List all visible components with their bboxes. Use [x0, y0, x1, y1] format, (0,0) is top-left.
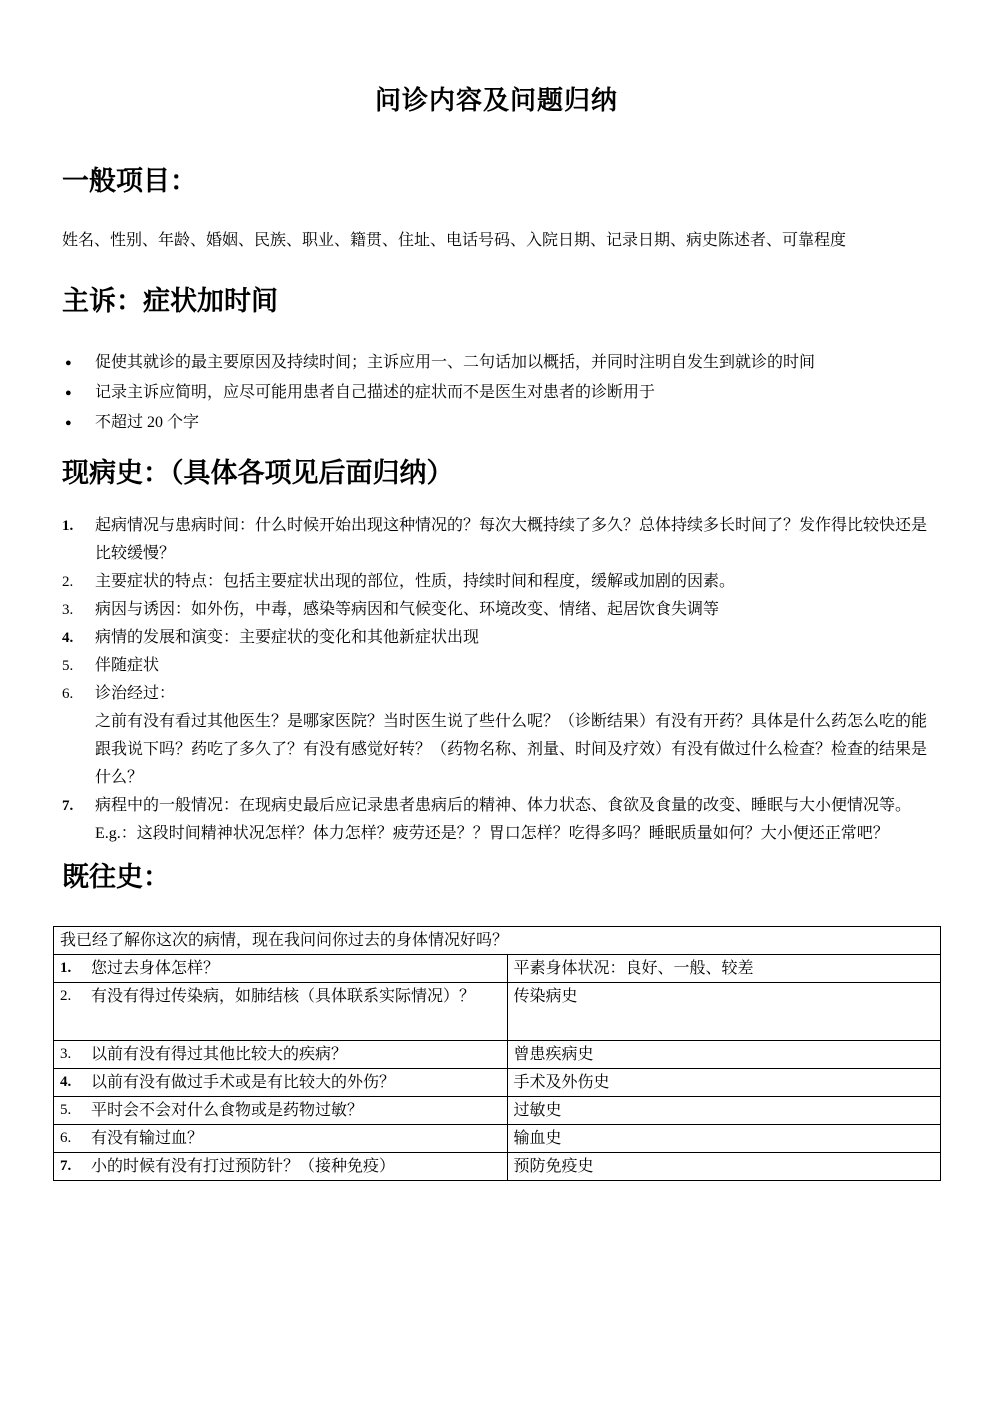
- bullet-item: ● 不超过 20 个字: [62, 408, 931, 438]
- row-number: 5.: [60, 1098, 91, 1123]
- bullet-text: 记录主诉应简明，应尽可能用患者自己描述的症状而不是医生对患者的诊断用于: [95, 378, 931, 408]
- item-number: 1.: [62, 512, 95, 568]
- bullet-icon: ●: [62, 378, 95, 408]
- row-number: 1.: [60, 956, 91, 981]
- question-cell: 您过去身体怎样？: [91, 956, 501, 981]
- general-items-text: 姓名、性别、年龄、婚姻、民族、职业、籍贯、住址、电话号码、入院日期、记录日期、病…: [62, 230, 931, 252]
- bullet-text: 不超过 20 个字: [95, 408, 931, 438]
- item-number: 6.: [62, 680, 95, 792]
- category-cell: 手术及外伤史: [507, 1069, 940, 1097]
- item-continuation: 之前有没有看过其他医生？是哪家医院？当时医生说了些什么呢？（诊断结果）有没有开药…: [95, 708, 931, 792]
- item-text: 诊治经过： 之前有没有看过其他医生？是哪家医院？当时医生说了些什么呢？（诊断结果…: [95, 680, 931, 792]
- question-cell: 平时会不会对什么食物或是药物过敏？: [91, 1098, 501, 1123]
- table-row: 5. 平时会不会对什么食物或是药物过敏？ 过敏史: [54, 1097, 941, 1125]
- category-cell: 输血史: [507, 1125, 940, 1153]
- section-heading-present-illness: 现病史：（具体各项见后面归纳）: [62, 456, 931, 490]
- question-cell: 有没有输过血？: [91, 1126, 501, 1151]
- table-row: 1. 您过去身体怎样？ 平素身体状况：良好、一般、较差: [54, 955, 941, 983]
- numbered-item: 5. 伴随症状: [62, 652, 931, 680]
- item-text: 病情的发展和演变：主要症状的变化和其他新症状出现: [95, 624, 931, 652]
- item-number: 3.: [62, 596, 95, 624]
- bullet-text: 促使其就诊的最主要原因及持续时间；主诉应用一、二句话加以概括，并同时注明自发生到…: [95, 348, 931, 378]
- table-row: 4. 以前有没有做过手术或是有比较大的外伤？ 手术及外伤史: [54, 1069, 941, 1097]
- item-number: 4.: [62, 624, 95, 652]
- row-number: 4.: [60, 1070, 91, 1095]
- numbered-item: 2. 主要症状的特点：包括主要症状出现的部位，性质，持续时间和程度，缓解或加剧的…: [62, 568, 931, 596]
- document-page: 问诊内容及问题归纳 一般项目： 姓名、性别、年龄、婚姻、民族、职业、籍贯、住址、…: [0, 84, 993, 1181]
- item-number: 5.: [62, 652, 95, 680]
- category-cell: 平素身体状况：良好、一般、较差: [507, 955, 940, 983]
- chief-complaint-bullet-list: ● 促使其就诊的最主要原因及持续时间；主诉应用一、二句话加以概括，并同时注明自发…: [62, 348, 931, 438]
- item-text: 伴随症状: [95, 652, 931, 680]
- item-number: 7.: [62, 792, 95, 848]
- item-text: 主要症状的特点：包括主要症状出现的部位，性质，持续时间和程度，缓解或加剧的因素。: [95, 568, 931, 596]
- item-text: 病程中的一般情况：在现病史最后应记录患者患病后的精神、体力状态、食欲及食量的改变…: [95, 792, 931, 848]
- category-cell: 传染病史: [507, 983, 940, 1041]
- table-row: 2. 有没有得过传染病，如肺结核（具体联系实际情况）？ 传染病史: [54, 983, 941, 1041]
- section-heading-past-history: 既往史：: [62, 860, 931, 894]
- item-number: 2.: [62, 568, 95, 596]
- numbered-item: 6. 诊治经过： 之前有没有看过其他医生？是哪家医院？当时医生说了些什么呢？（诊…: [62, 680, 931, 792]
- row-number: 2.: [60, 984, 91, 1009]
- bullet-icon: ●: [62, 348, 95, 378]
- bullet-item: ● 促使其就诊的最主要原因及持续时间；主诉应用一、二句话加以概括，并同时注明自发…: [62, 348, 931, 378]
- item-text-lead: 诊治经过：: [95, 680, 931, 708]
- present-illness-numbered-list: 1. 起病情况与患病时间：什么时候开始出现这种情况的？每次大概持续了多久？总体持…: [62, 512, 931, 848]
- row-number: 3.: [60, 1042, 91, 1067]
- table-row: 7. 小的时候有没有打过预防针？（接种免疫） 预防免疫史: [54, 1153, 941, 1181]
- numbered-item: 3. 病因与诱因：如外伤，中毒，感染等病因和气候变化、环境改变、情绪、起居饮食失…: [62, 596, 931, 624]
- numbered-item: 4. 病情的发展和演变：主要症状的变化和其他新症状出现: [62, 624, 931, 652]
- row-number: 7.: [60, 1154, 91, 1179]
- bullet-item: ● 记录主诉应简明，应尽可能用患者自己描述的症状而不是医生对患者的诊断用于: [62, 378, 931, 408]
- category-cell: 预防免疫史: [507, 1153, 940, 1181]
- section-heading-general: 一般项目：: [62, 164, 931, 198]
- question-cell: 有没有得过传染病，如肺结核（具体联系实际情况）？: [91, 984, 501, 1009]
- table-row: 6. 有没有输过血？ 输血史: [54, 1125, 941, 1153]
- item-text: 起病情况与患病时间：什么时候开始出现这种情况的？每次大概持续了多久？总体持续多长…: [95, 512, 931, 568]
- row-number: 6.: [60, 1126, 91, 1151]
- category-cell: 过敏史: [507, 1097, 940, 1125]
- category-cell: 曾患疾病史: [507, 1041, 940, 1069]
- past-history-table: 我已经了解你这次的病情，现在我问问你过去的身体情况好吗？ 1. 您过去身体怎样？…: [53, 926, 941, 1181]
- table-row: 3. 以前有没有得过其他比较大的疾病？ 曾患疾病史: [54, 1041, 941, 1069]
- table-header-row: 我已经了解你这次的病情，现在我问问你过去的身体情况好吗？: [54, 927, 941, 955]
- question-cell: 以前有没有得过其他比较大的疾病？: [91, 1042, 501, 1067]
- item-text: 病因与诱因：如外伤，中毒，感染等病因和气候变化、环境改变、情绪、起居饮食失调等: [95, 596, 931, 624]
- section-heading-chief-complaint: 主诉：症状加时间: [62, 284, 931, 318]
- numbered-item: 7. 病程中的一般情况：在现病史最后应记录患者患病后的精神、体力状态、食欲及食量…: [62, 792, 931, 848]
- question-cell: 以前有没有做过手术或是有比较大的外伤？: [91, 1070, 501, 1095]
- numbered-item: 1. 起病情况与患病时间：什么时候开始出现这种情况的？每次大概持续了多久？总体持…: [62, 512, 931, 568]
- page-title: 问诊内容及问题归纳: [62, 84, 931, 118]
- question-cell: 小的时候有没有打过预防针？（接种免疫）: [91, 1154, 501, 1179]
- bullet-icon: ●: [62, 408, 95, 438]
- table-header-cell: 我已经了解你这次的病情，现在我问问你过去的身体情况好吗？: [54, 927, 941, 955]
